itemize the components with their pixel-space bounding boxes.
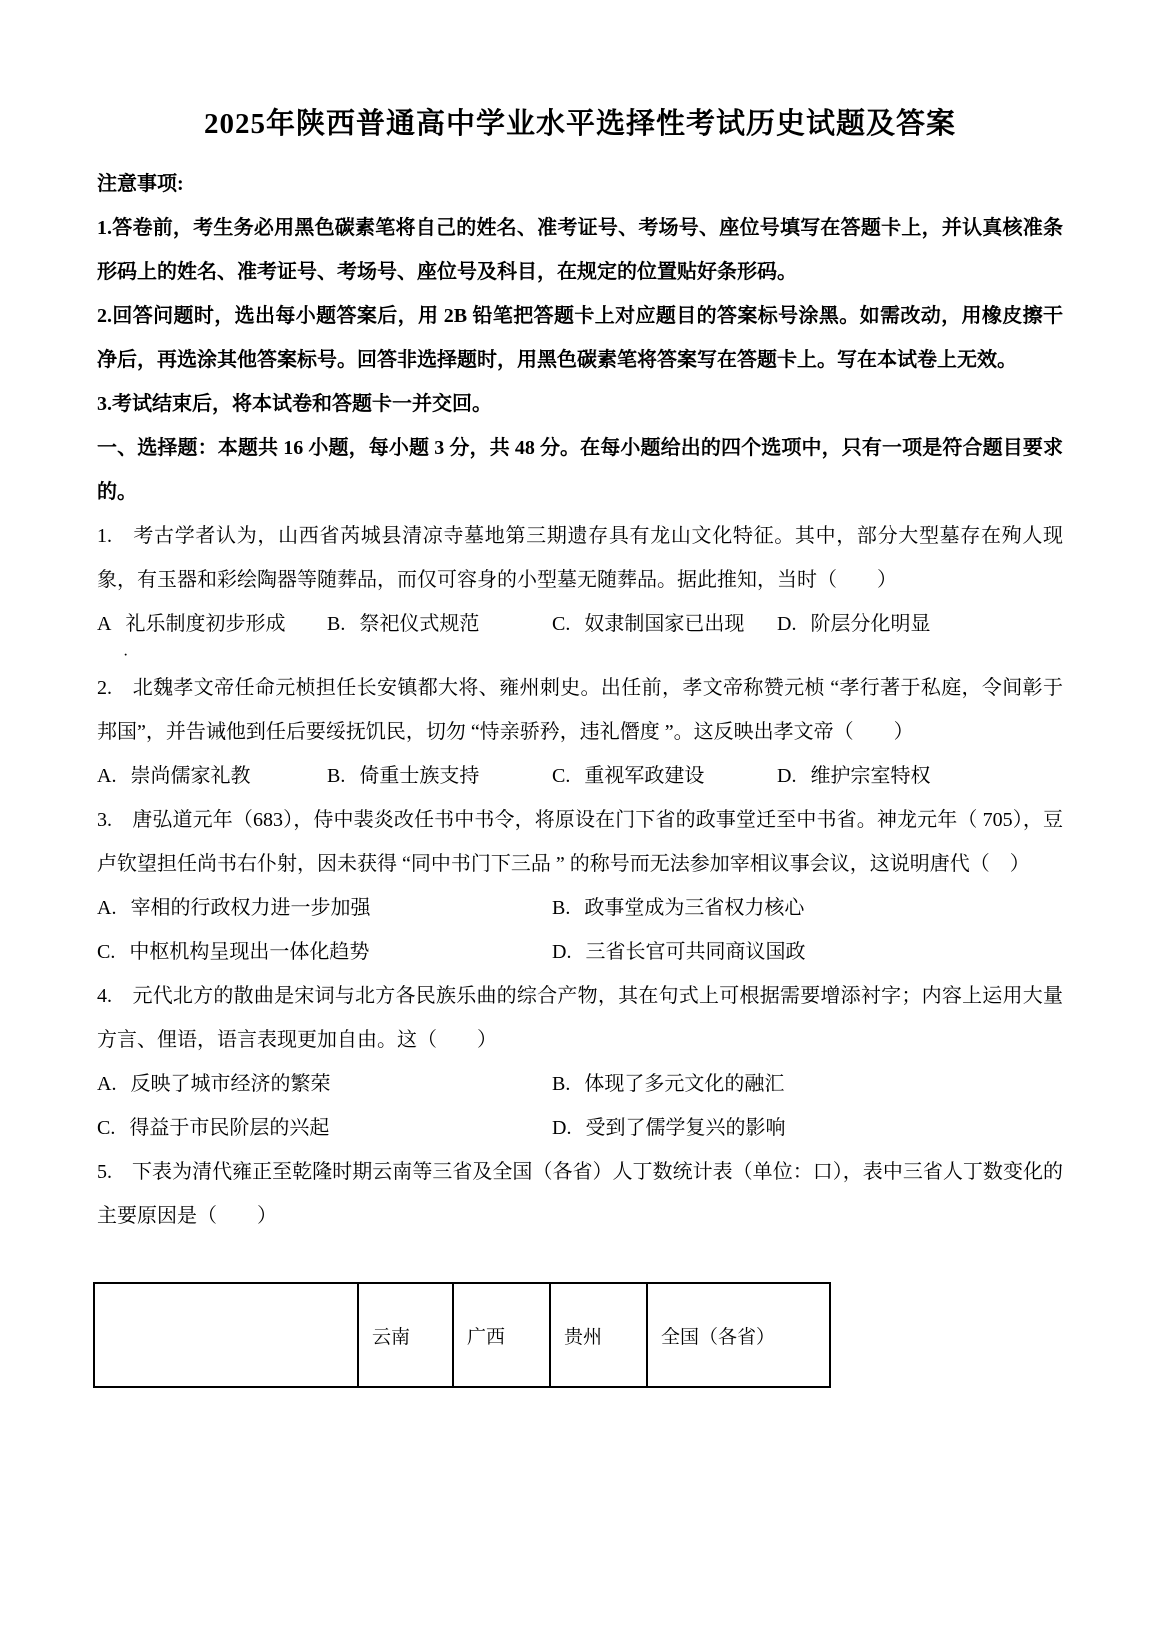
table-header-guizhou: 贵州 (550, 1283, 647, 1387)
question-5: 5. 下表为清代雍正至乾隆时期云南等三省及全国（各省）人丁数统计表（单位：口），… (97, 1150, 1063, 1388)
option-text: 反映了城市经济的繁荣 (130, 1073, 330, 1095)
notice-item-1: 1.答卷前，考生务必用黑色碳素笔将自己的姓名、准考证号、考场号、座位号填写在答题… (97, 206, 1063, 294)
question-1-options: A礼乐制度初步形成 B.祭祀仪式规范 C.奴隶制国家已出现 D.阶层分化明显 (97, 602, 1063, 646)
option-label: C. (552, 602, 570, 646)
question-4-option-c: C.得益于市民阶层的兴起 (97, 1106, 552, 1150)
option-text: 奴隶制国家已出现 (584, 613, 744, 635)
question-3-option-b: B.政事堂成为三省权力核心 (552, 886, 1063, 930)
option-text: 倚重士族支持 (359, 765, 479, 787)
table-header-yunnan: 云南 (358, 1283, 453, 1387)
question-1-option-b: B.祭祀仪式规范 (327, 602, 552, 646)
question-4-option-a: A.反映了城市经济的繁荣 (97, 1062, 552, 1106)
question-4: 4. 元代北方的散曲是宋词与北方各民族乐曲的综合产物，其在句式上可根据需要增添衬… (97, 974, 1063, 1150)
exam-document-page: 2025年陕西普通高中学业水平选择性考试历史试题及答案 注意事项: 1.答卷前，… (0, 0, 1158, 1638)
option-text: 受到了儒学复兴的影响 (585, 1117, 785, 1139)
option-text: 得益于市民阶层的兴起 (129, 1117, 329, 1139)
question-3-stem: 3. 唐弘道元年（683），侍中裴炎改任书中书令，将原设在门下省的政事堂迁至中书… (97, 798, 1063, 886)
option-label: B. (327, 754, 345, 798)
notice-heading: 注意事项: (97, 162, 1063, 206)
question-4-stem: 4. 元代北方的散曲是宋词与北方各民族乐曲的综合产物，其在句式上可根据需要增添衬… (97, 974, 1063, 1062)
option-label: D. (552, 930, 571, 974)
question-1-option-a: A礼乐制度初步形成 (97, 602, 327, 646)
question-3-options-row-2: C.中枢机构呈现出一体化趋势 D.三省长官可共同商议国政 (97, 930, 1063, 974)
page-title: 2025年陕西普通高中学业水平选择性考试历史试题及答案 (97, 100, 1063, 148)
question-4-option-b: B.体现了多元文化的融汇 (552, 1062, 1063, 1106)
question-2-option-c: C.重视军政建设 (552, 754, 777, 798)
question-1-option-c: C.奴隶制国家已出现 (552, 602, 777, 646)
question-3: 3. 唐弘道元年（683），侍中裴炎改任书中书令，将原设在门下省的政事堂迁至中书… (97, 798, 1063, 974)
question-1-option-d: D.阶层分化明显 (777, 602, 1063, 646)
question-3-option-c: C.中枢机构呈现出一体化趋势 (97, 930, 552, 974)
option-text: 维护宗室特权 (810, 765, 930, 787)
option-label: B. (552, 1062, 570, 1106)
option-label: C. (552, 754, 570, 798)
option-text: 体现了多元文化的融汇 (584, 1073, 784, 1095)
notice-item-2: 2.回答问题时，选出每小题答案后，用 2B 铅笔把答题卡上对应题目的答案标号涂黑… (97, 294, 1063, 382)
question-4-options-row-2: C.得益于市民阶层的兴起 D.受到了儒学复兴的影响 (97, 1106, 1063, 1150)
table-header-row: 云南 广西 贵州 全国（各省） (94, 1283, 830, 1387)
question-2-option-a: A.崇尚儒家礼教 (97, 754, 327, 798)
population-statistics-table: 云南 广西 贵州 全国（各省） (93, 1282, 831, 1388)
option-label: D. (552, 1106, 571, 1150)
option-text: 三省长官可共同商议国政 (585, 941, 805, 963)
question-3-option-a: A.宰相的行政权力进一步加强 (97, 886, 552, 930)
question-4-options-row-1: A.反映了城市经济的繁荣 B.体现了多元文化的融汇 (97, 1062, 1063, 1106)
table-header-national: 全国（各省） (647, 1283, 830, 1387)
question-2-option-d: D.维护宗室特权 (777, 754, 1063, 798)
option-text: 中枢机构呈现出一体化趋势 (129, 941, 369, 963)
option-text: 政事堂成为三省权力核心 (584, 897, 804, 919)
section-heading: 一、选择题：本题共 16 小题，每小题 3 分，共 48 分。在每小题给出的四个… (97, 426, 1063, 514)
question-2: 2. 北魏孝文帝任命元桢担任长安镇都大将、雍州刺史。出任前，孝文帝称赞元桢 “孝… (97, 666, 1063, 798)
stray-mark: · (97, 646, 1063, 666)
option-text: 祭祀仪式规范 (359, 613, 479, 635)
option-label: A. (97, 886, 116, 930)
option-label: D. (777, 602, 796, 646)
question-2-options: A.崇尚儒家礼教 B.倚重士族支持 C.重视军政建设 D.维护宗室特权 (97, 754, 1063, 798)
question-1-stem: 1. 考古学者认为，山西省芮城县清凉寺墓地第三期遗存具有龙山文化特征。其中，部分… (97, 514, 1063, 602)
option-label: A. (97, 754, 116, 798)
question-3-options-row-1: A.宰相的行政权力进一步加强 B.政事堂成为三省权力核心 (97, 886, 1063, 930)
notice-item-3: 3.考试结束后，将本试卷和答题卡一并交回。 (97, 382, 1063, 426)
question-3-option-d: D.三省长官可共同商议国政 (552, 930, 1063, 974)
option-label: B. (552, 886, 570, 930)
question-4-option-d: D.受到了儒学复兴的影响 (552, 1106, 1063, 1150)
option-label: B. (327, 602, 345, 646)
option-label: D. (777, 754, 796, 798)
option-text: 重视军政建设 (584, 765, 704, 787)
option-label: A. (97, 1062, 116, 1106)
option-text: 阶层分化明显 (810, 613, 930, 635)
option-text: 崇尚儒家礼教 (130, 765, 250, 787)
option-label: C. (97, 930, 115, 974)
option-label: A (97, 602, 111, 646)
question-1: 1. 考古学者认为，山西省芮城县清凉寺墓地第三期遗存具有龙山文化特征。其中，部分… (97, 514, 1063, 646)
option-text: 宰相的行政权力进一步加强 (130, 897, 370, 919)
question-5-stem: 5. 下表为清代雍正至乾隆时期云南等三省及全国（各省）人丁数统计表（单位：口），… (97, 1150, 1063, 1238)
option-label: C. (97, 1106, 115, 1150)
table-header-empty (94, 1283, 358, 1387)
table-header-guangxi: 广西 (453, 1283, 550, 1387)
option-text: 礼乐制度初步形成 (125, 613, 285, 635)
question-2-stem: 2. 北魏孝文帝任命元桢担任长安镇都大将、雍州刺史。出任前，孝文帝称赞元桢 “孝… (97, 666, 1063, 754)
question-2-option-b: B.倚重士族支持 (327, 754, 552, 798)
